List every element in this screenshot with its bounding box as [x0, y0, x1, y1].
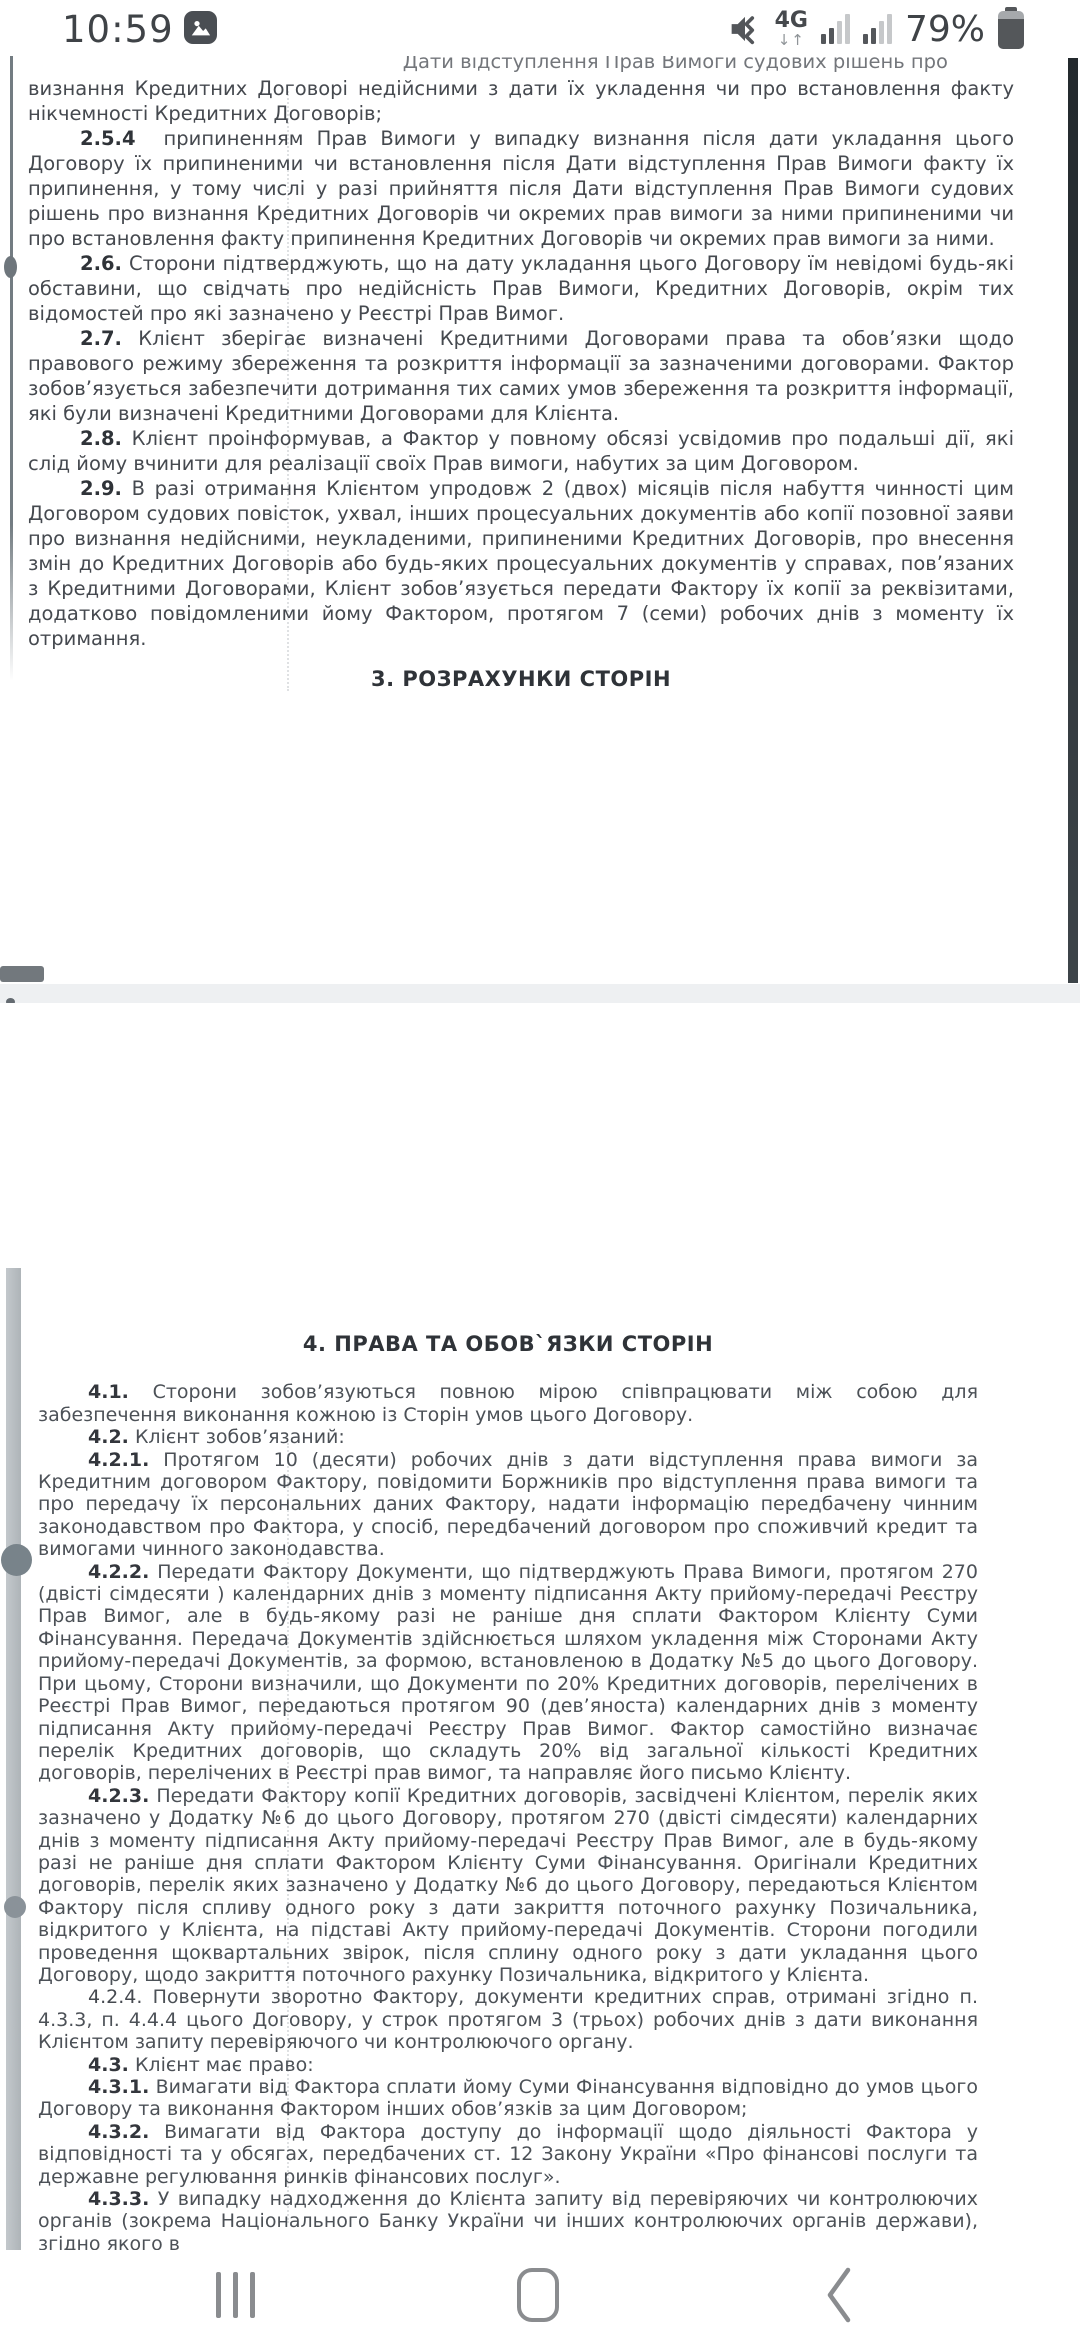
status-icons-cluster: 4G ↓↑ 79% [728, 6, 1024, 52]
section-4-heading: 4. ПРАВА ТА ОБОВ`ЯЗКИ СТОРІН [38, 1333, 978, 1355]
paragraph-4-3: 4.3. Клієнт має право: [38, 2054, 978, 2076]
page-2-text: 4. ПРАВА ТА ОБОВ`ЯЗКИ СТОРІН 4.1. Сторон… [38, 1333, 978, 2255]
paragraph-number: 2.6. [80, 252, 122, 275]
paragraph-number: 4.1. [88, 1381, 129, 1403]
section-3-heading: 3. РОЗРАХУНКИ СТОРІН [28, 667, 1014, 692]
status-bar: 10:59 4G ↓↑ 79% [0, 0, 1080, 56]
paragraph-2-6: 2.6. Сторони підтверджують, що на дату у… [28, 251, 1014, 326]
paragraph-number: 4.3. [88, 2054, 129, 2076]
home-icon [517, 2268, 559, 2322]
paragraph-4-2: 4.2. Клієнт зобов’язаний: [38, 1426, 978, 1448]
back-icon [824, 2266, 854, 2324]
document-viewport[interactable]: Дати відступлення Прав Вимоги судових рі… [0, 56, 1080, 2250]
paragraph-number: 4.2.3. [88, 1785, 149, 1807]
paragraph-4-2-4: 4.2.4. Повернути зворотно Фактору, докум… [38, 1986, 978, 2053]
paragraph-4-2-1: 4.2.1. Протягом 10 (десяти) робочих днів… [38, 1449, 978, 1561]
paragraph-4-3-2: 4.3.2. Вимагати від Фактора доступу до і… [38, 2121, 978, 2188]
paragraph-2-5-4: 2.5.4припиненням Прав Вимоги у випадку в… [28, 126, 1014, 251]
paragraph-number: 2.9. [80, 477, 122, 500]
paragraph-number: 4.2.4. [88, 1986, 142, 2008]
paragraph-4-1: 4.1. Сторони зобов’язуються повною мірою… [38, 1381, 978, 1426]
scan-right-edge [1068, 58, 1078, 983]
paragraph-continuation: визнання Кредитних Договорі недійсними з… [28, 76, 1014, 126]
scan-smudge [0, 966, 44, 982]
scan-left-blob [4, 256, 17, 278]
paragraph-2-9: 2.9. В разі отримання Клієнтом упродовж … [28, 476, 1014, 651]
battery-icon [998, 7, 1024, 51]
paragraph-number: 4.3.2. [88, 2121, 149, 2143]
network-type-indicator: 4G ↓↑ [775, 10, 808, 48]
home-button[interactable] [478, 2250, 598, 2340]
paragraph-number: 4.2. [88, 1426, 129, 1448]
document-page-1: Дати відступлення Прав Вимоги судових рі… [0, 56, 1080, 985]
battery-percent: 79% [905, 9, 985, 50]
network-4g-label: 4G [775, 10, 808, 32]
paragraph-number: 4.2.2. [88, 1561, 149, 1583]
gallery-icon [190, 17, 211, 38]
scan-spine-blob-2 [4, 1896, 26, 1918]
page-1-text: Дати відступлення Прав Вимоги судових рі… [28, 56, 1014, 692]
signal-bars-icon-2 [863, 14, 892, 44]
paragraph-number: 2.8. [80, 427, 122, 450]
paragraph-number: 2.5.4 [80, 127, 136, 150]
scan-spine-bar [6, 1268, 21, 2258]
recents-icon [216, 2272, 255, 2318]
paragraph-2-7: 2.7. Клієнт зберігає визначені Кредитним… [28, 326, 1014, 426]
scan-spine-blob-1 [1, 1544, 32, 1576]
signal-bars-icon-1 [821, 14, 850, 44]
paragraph-number: 4.3.1. [88, 2076, 149, 2098]
paragraph-4-2-2: 4.2.2. Передати Фактору Документи, що пі… [38, 1561, 978, 1785]
paragraph-4-3-1: 4.3.1. Вимагати від Фактора сплати йому … [38, 2076, 978, 2121]
clock: 10:59 [62, 8, 174, 51]
paragraph-2-8: 2.8. Клієнт проінформував, а Фактор у по… [28, 426, 1014, 476]
paragraph-4-2-3: 4.2.3. Передати Фактору копії Кредитних … [38, 1785, 978, 1987]
paragraph-number: 2.7. [80, 327, 122, 350]
android-nav-bar [0, 2250, 1080, 2340]
paragraph-number: 4.2.1. [88, 1449, 149, 1471]
paragraph-4-3-3: 4.3.3. У випадку надходження до Клієнта … [38, 2188, 978, 2255]
clipped-top-line: Дати відступлення Прав Вимоги судових рі… [28, 56, 1014, 76]
scan-left-edge-line [10, 56, 13, 681]
page-gap-band [0, 984, 1080, 1003]
recents-button[interactable] [175, 2250, 295, 2340]
paragraph-number: 4.3.3. [88, 2188, 149, 2210]
document-page-2: 4. ПРАВА ТА ОБОВ`ЯЗКИ СТОРІН 4.1. Сторон… [0, 1003, 1080, 2250]
gallery-notification-icon [184, 11, 217, 44]
back-button[interactable] [779, 2250, 899, 2340]
network-arrows-icon: ↓↑ [778, 33, 805, 48]
vibrate-muted-icon [728, 12, 762, 46]
